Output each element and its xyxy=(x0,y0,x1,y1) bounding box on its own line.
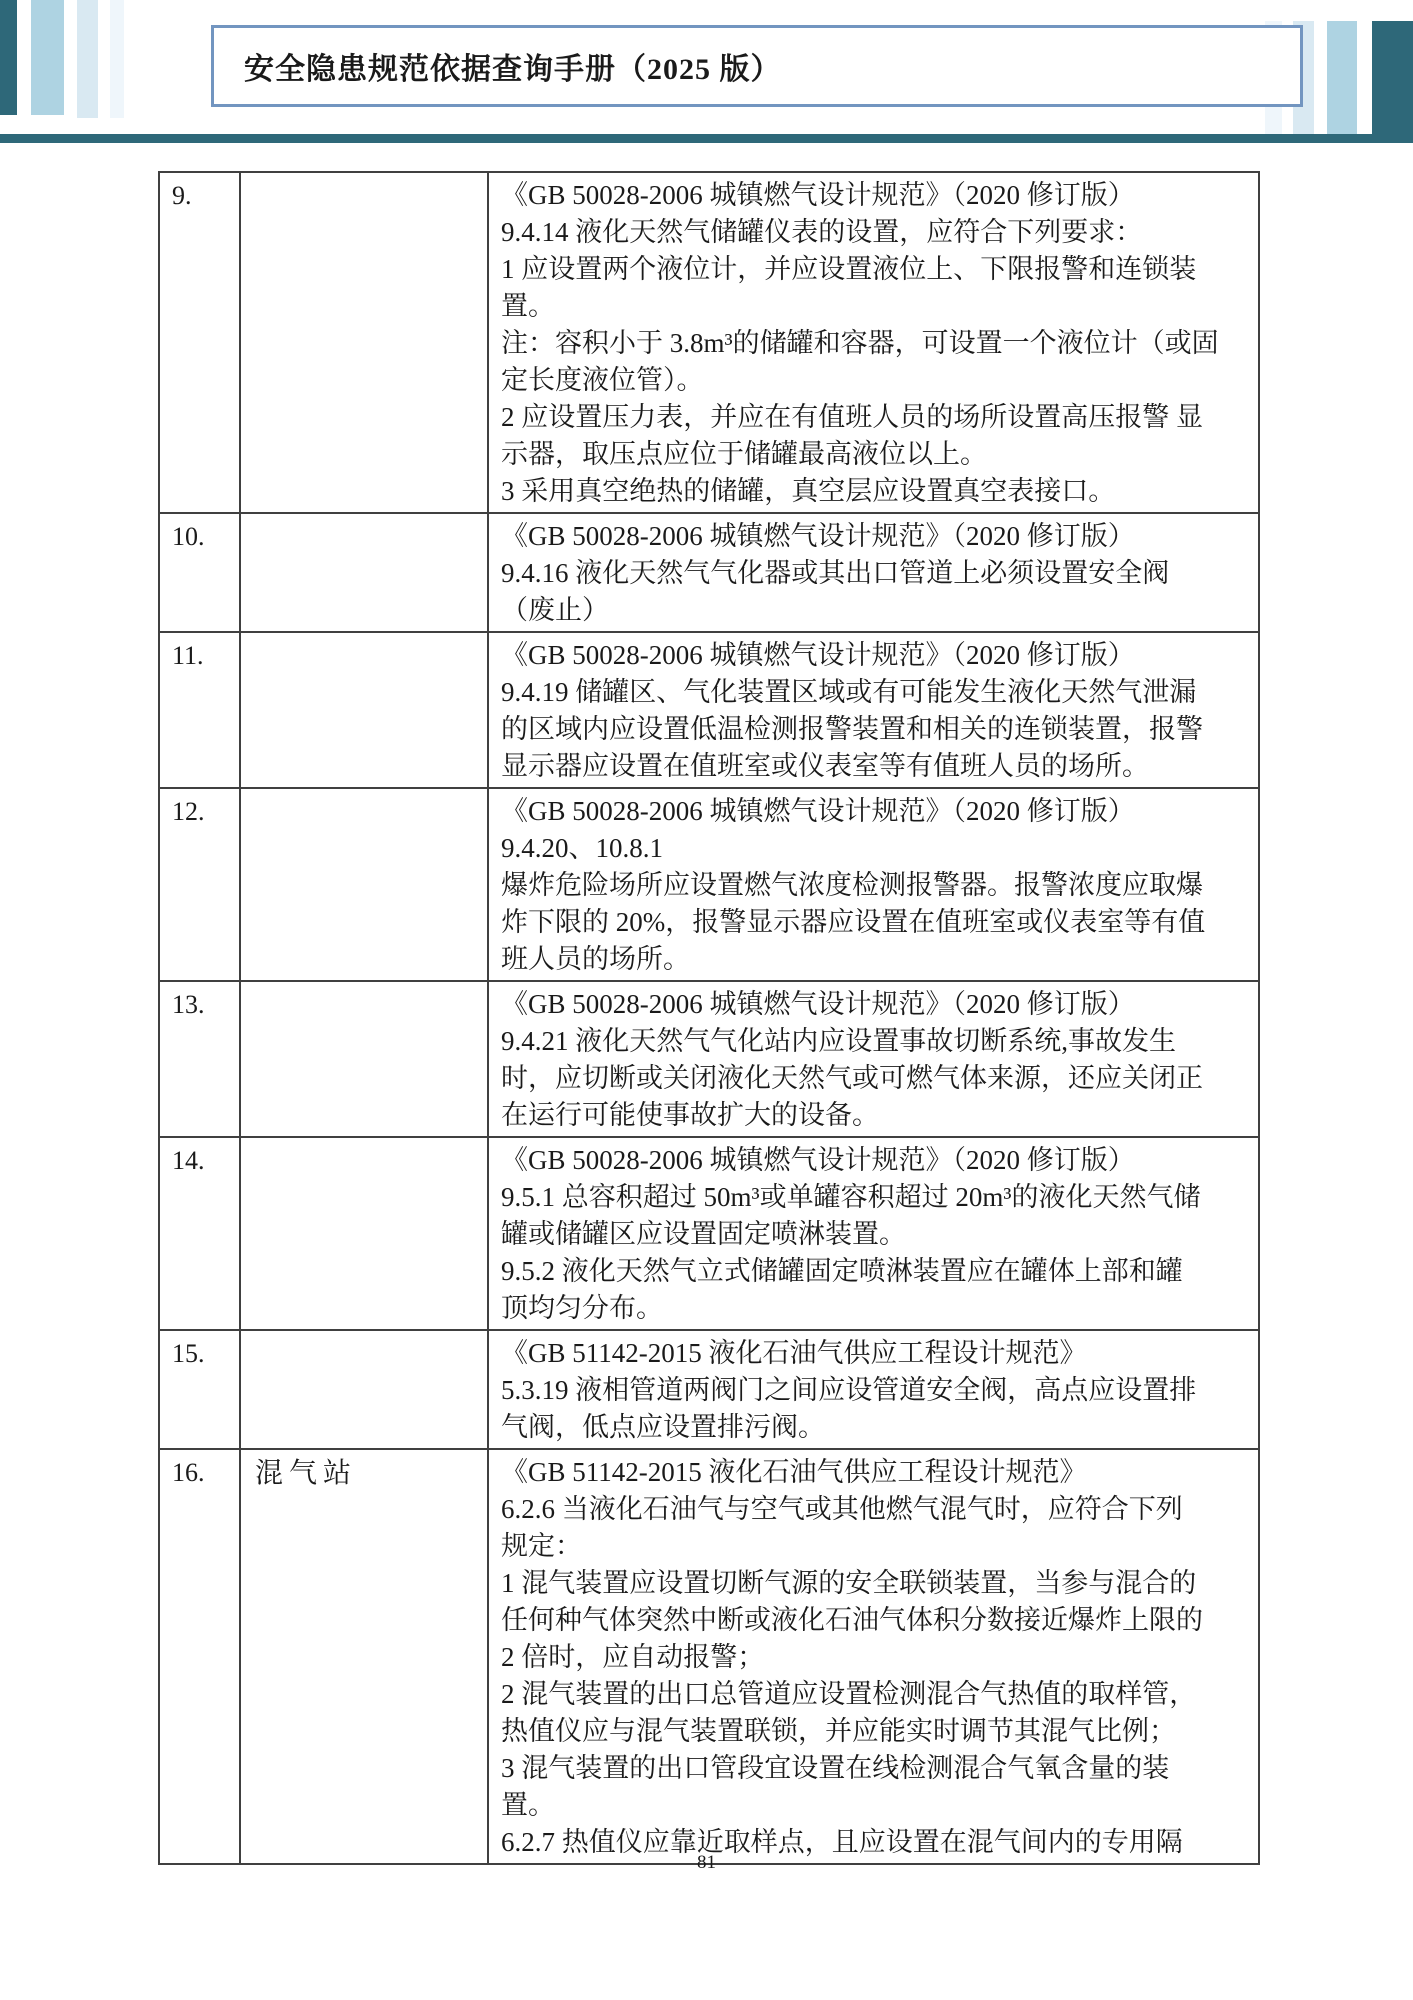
content-line: 6.2.6 当液化石油气与空气或其他燃气混气时，应符合下列 xyxy=(501,1491,1250,1528)
table-row: 16.混气站《GB 51142-2015 液化石油气供应工程设计规范》6.2.6… xyxy=(159,1449,1259,1864)
regulation-content-cell: 《GB 50028-2006 城镇燃气设计规范》（2020 修订版）9.4.19… xyxy=(488,632,1259,788)
decor-stripe-medium-right xyxy=(1327,21,1357,139)
content-line: 《GB 51142-2015 液化石油气供应工程设计规范》 xyxy=(501,1335,1250,1372)
category-cell xyxy=(240,1330,488,1449)
content-line: 显示器应设置在值班室或仪表室等有值班人员的场所。 xyxy=(501,748,1250,785)
content-line: 时，应切断或关闭液化天然气或可燃气体来源，还应关闭正 xyxy=(501,1060,1250,1097)
content-line: 顶均匀分布。 xyxy=(501,1290,1250,1327)
content-line: 热值仪应与混气装置联锁，并应能实时调节其混气比例； xyxy=(501,1713,1250,1750)
decor-stripe-medium-left xyxy=(31,0,64,115)
content-line: 9.4.21 液化天然气气化站内应设置事故切断系统,事故发生 xyxy=(501,1023,1250,1060)
content-line: 2 倍时，应自动报警； xyxy=(501,1639,1250,1676)
content-line: 置。 xyxy=(501,288,1250,325)
content-line: 定长度液位管）。 xyxy=(501,362,1250,399)
content-line: 爆炸危险场所应设置燃气浓度检测报警器。报警浓度应取爆 xyxy=(501,867,1250,904)
content-line: 《GB 50028-2006 城镇燃气设计规范》（2020 修订版） xyxy=(501,518,1250,555)
content-line: 《GB 50028-2006 城镇燃气设计规范》（2020 修订版） xyxy=(501,637,1250,674)
content-line: 2 混气装置的出口总管道应设置检测混合气热值的取样管， xyxy=(501,1676,1250,1713)
row-number-cell: 13. xyxy=(159,981,240,1137)
content-line: 的区域内应设置低温检测报警装置和相关的连锁装置，报警 xyxy=(501,711,1250,748)
decor-stripe-faint-left xyxy=(110,0,124,118)
table-row: 11.《GB 50028-2006 城镇燃气设计规范》（2020 修订版）9.4… xyxy=(159,632,1259,788)
row-number-cell: 16. xyxy=(159,1449,240,1864)
content-line: 《GB 51142-2015 液化石油气供应工程设计规范》 xyxy=(501,1454,1250,1491)
content-line: 任何种气体突然中断或液化石油气体积分数接近爆炸上限的 xyxy=(501,1602,1250,1639)
content-line: 9.4.16 液化天然气气化器或其出口管道上必须设置安全阀 xyxy=(501,555,1250,592)
content-line: 置。 xyxy=(501,1787,1250,1824)
content-line: 班人员的场所。 xyxy=(501,941,1250,978)
content-line: 罐或储罐区应设置固定喷淋装置。 xyxy=(501,1216,1250,1253)
header-divider-bar xyxy=(0,134,1413,143)
regulation-content-cell: 《GB 50028-2006 城镇燃气设计规范》（2020 修订版）9.5.1 … xyxy=(488,1137,1259,1330)
category-cell xyxy=(240,788,488,981)
row-number-cell: 14. xyxy=(159,1137,240,1330)
row-number-cell: 11. xyxy=(159,632,240,788)
decor-stripe-dark-left xyxy=(0,0,17,115)
content-line: 1 应设置两个液位计，并应设置液位上、下限报警和连锁装 xyxy=(501,251,1250,288)
content-line: 炸下限的 20%，报警显示器应设置在值班室或仪表室等有值 xyxy=(501,904,1250,941)
table-row: 9.《GB 50028-2006 城镇燃气设计规范》（2020 修订版）9.4.… xyxy=(159,172,1259,513)
category-cell xyxy=(240,981,488,1137)
content-line: 《GB 50028-2006 城镇燃气设计规范》（2020 修订版） xyxy=(501,177,1250,214)
table-row: 10.《GB 50028-2006 城镇燃气设计规范》（2020 修订版）9.4… xyxy=(159,513,1259,632)
table-row: 12.《GB 50028-2006 城镇燃气设计规范》（2020 修订版）9.4… xyxy=(159,788,1259,981)
regulations-table: 9.《GB 50028-2006 城镇燃气设计规范》（2020 修订版）9.4.… xyxy=(158,171,1260,1865)
page-title: 安全隐患规范依据查询手册（2025 版） xyxy=(214,44,782,88)
table-row: 15.《GB 51142-2015 液化石油气供应工程设计规范》5.3.19 液… xyxy=(159,1330,1259,1449)
document-page: 安全隐患规范依据查询手册（2025 版） 9.《GB 50028-2006 城镇… xyxy=(0,0,1413,2000)
content-line: 规定： xyxy=(501,1528,1250,1565)
row-number-cell: 15. xyxy=(159,1330,240,1449)
content-line: 《GB 50028-2006 城镇燃气设计规范》（2020 修订版） xyxy=(501,793,1250,830)
content-line: 在运行可能使事故扩大的设备。 xyxy=(501,1097,1250,1134)
category-cell xyxy=(240,632,488,788)
content-line: 9.5.2 液化天然气立式储罐固定喷淋装置应在罐体上部和罐 xyxy=(501,1253,1250,1290)
regulation-content-cell: 《GB 50028-2006 城镇燃气设计规范》（2020 修订版）9.4.14… xyxy=(488,172,1259,513)
page-number: 81 xyxy=(0,1852,1413,1874)
row-number-cell: 9. xyxy=(159,172,240,513)
regulation-content-cell: 《GB 51142-2015 液化石油气供应工程设计规范》5.3.19 液相管道… xyxy=(488,1330,1259,1449)
regulation-content-cell: 《GB 51142-2015 液化石油气供应工程设计规范》6.2.6 当液化石油… xyxy=(488,1449,1259,1864)
row-number-cell: 10. xyxy=(159,513,240,632)
content-line: 《GB 50028-2006 城镇燃气设计规范》（2020 修订版） xyxy=(501,986,1250,1023)
page-header: 安全隐患规范依据查询手册（2025 版） xyxy=(211,25,1303,107)
category-cell xyxy=(240,513,488,632)
table-row: 14.《GB 50028-2006 城镇燃气设计规范》（2020 修订版）9.5… xyxy=(159,1137,1259,1330)
decor-stripe-dark-right xyxy=(1372,21,1413,143)
regulation-content-cell: 《GB 50028-2006 城镇燃气设计规范》（2020 修订版）9.4.21… xyxy=(488,981,1259,1137)
content-line: 1 混气装置应设置切断气源的安全联锁装置，当参与混合的 xyxy=(501,1565,1250,1602)
category-cell xyxy=(240,1137,488,1330)
content-line: 示器，取压点应位于储罐最高液位以上。 xyxy=(501,436,1250,473)
content-line: 9.5.1 总容积超过 50m³或单罐容积超过 20m³的液化天然气储 xyxy=(501,1179,1250,1216)
content-line: 9.4.14 液化天然气储罐仪表的设置，应符合下列要求： xyxy=(501,214,1250,251)
content-line: 《GB 50028-2006 城镇燃气设计规范》（2020 修订版） xyxy=(501,1142,1250,1179)
content-line: 3 采用真空绝热的储罐，真空层应设置真空表接口。 xyxy=(501,473,1250,510)
regulation-content-cell: 《GB 50028-2006 城镇燃气设计规范》（2020 修订版）9.4.20… xyxy=(488,788,1259,981)
content-line: 9.4.19 储罐区、气化装置区域或有可能发生液化天然气泄漏 xyxy=(501,674,1250,711)
content-line: 5.3.19 液相管道两阀门之间应设管道安全阀，高点应设置排 xyxy=(501,1372,1250,1409)
content-line: 注：容积小于 3.8m³的储罐和容器，可设置一个液位计（或固 xyxy=(501,325,1250,362)
regulation-content-cell: 《GB 50028-2006 城镇燃气设计规范》（2020 修订版）9.4.16… xyxy=(488,513,1259,632)
content-line: （废止） xyxy=(501,592,1250,629)
category-cell xyxy=(240,172,488,513)
category-cell: 混气站 xyxy=(240,1449,488,1864)
content-line: 9.4.20、10.8.1 xyxy=(501,830,1250,867)
content-line: 气阀，低点应设置排污阀。 xyxy=(501,1409,1250,1446)
decor-stripe-light-left xyxy=(77,0,98,118)
content-line: 3 混气装置的出口管段宜设置在线检测混合气氧含量的装 xyxy=(501,1750,1250,1787)
row-number-cell: 12. xyxy=(159,788,240,981)
table-row: 13.《GB 50028-2006 城镇燃气设计规范》（2020 修订版）9.4… xyxy=(159,981,1259,1137)
content-line: 2 应设置压力表，并应在有值班人员的场所设置高压报警 显 xyxy=(501,399,1250,436)
